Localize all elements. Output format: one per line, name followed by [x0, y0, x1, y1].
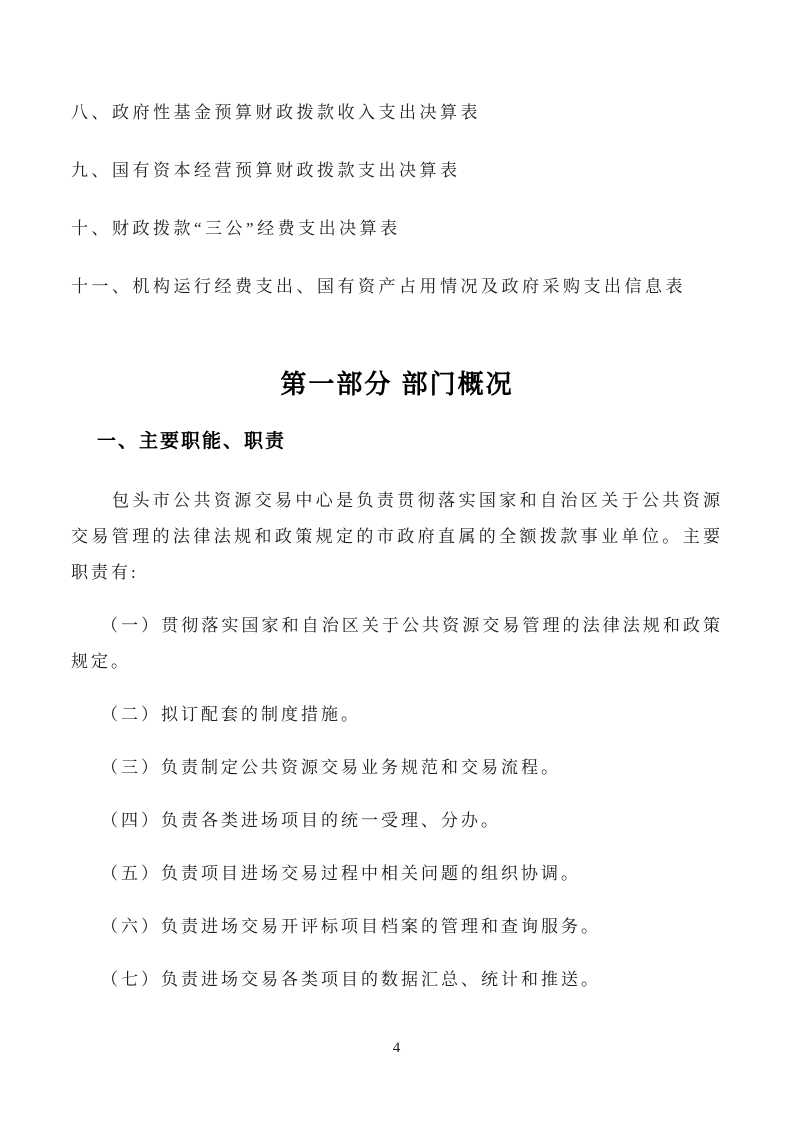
- document-page: 八、政府性基金预算财政拨款收入支出决算表 九、国有资本经营预算财政拨款支出决算表…: [0, 0, 793, 1122]
- duty-item-4: （四）负责各类进场项目的统一受理、分办。: [71, 803, 723, 839]
- page-number: 4: [0, 1040, 793, 1056]
- toc-item-11: 十一、机构运行经费支出、国有资产占用情况及政府采购支出信息表: [71, 258, 723, 316]
- toc-item-9: 九、国有资本经营预算财政拨款支出决算表: [71, 142, 723, 200]
- table-of-contents: 八、政府性基金预算财政拨款收入支出决算表 九、国有资本经营预算财政拨款支出决算表…: [71, 0, 723, 316]
- duty-item-1: （一）贯彻落实国家和自治区关于公共资源交易管理的法律法规和政策规定。: [71, 608, 723, 680]
- intro-paragraph: 包头市公共资源交易中心是负责贯彻落实国家和自治区关于公共资源交易管理的法律法规和…: [71, 483, 723, 591]
- toc-item-8: 八、政府性基金预算财政拨款收入支出决算表: [71, 84, 723, 142]
- toc-item-10: 十、财政拨款“三公”经费支出决算表: [71, 200, 723, 258]
- duty-item-3: （三）负责制定公共资源交易业务规范和交易流程。: [71, 750, 723, 786]
- duty-item-7: （七）负责进场交易各类项目的数据汇总、统计和推送。: [71, 962, 723, 998]
- section-title: 第一部分 部门概况: [71, 364, 723, 404]
- duty-item-5: （五）负责项目进场交易过程中相关问题的组织协调。: [71, 856, 723, 892]
- duty-item-2: （二）拟订配套的制度措施。: [71, 697, 723, 733]
- duty-item-6: （六）负责进场交易开评标项目档案的管理和查询服务。: [71, 909, 723, 945]
- subsection-title: 一、主要职能、职责: [97, 424, 723, 460]
